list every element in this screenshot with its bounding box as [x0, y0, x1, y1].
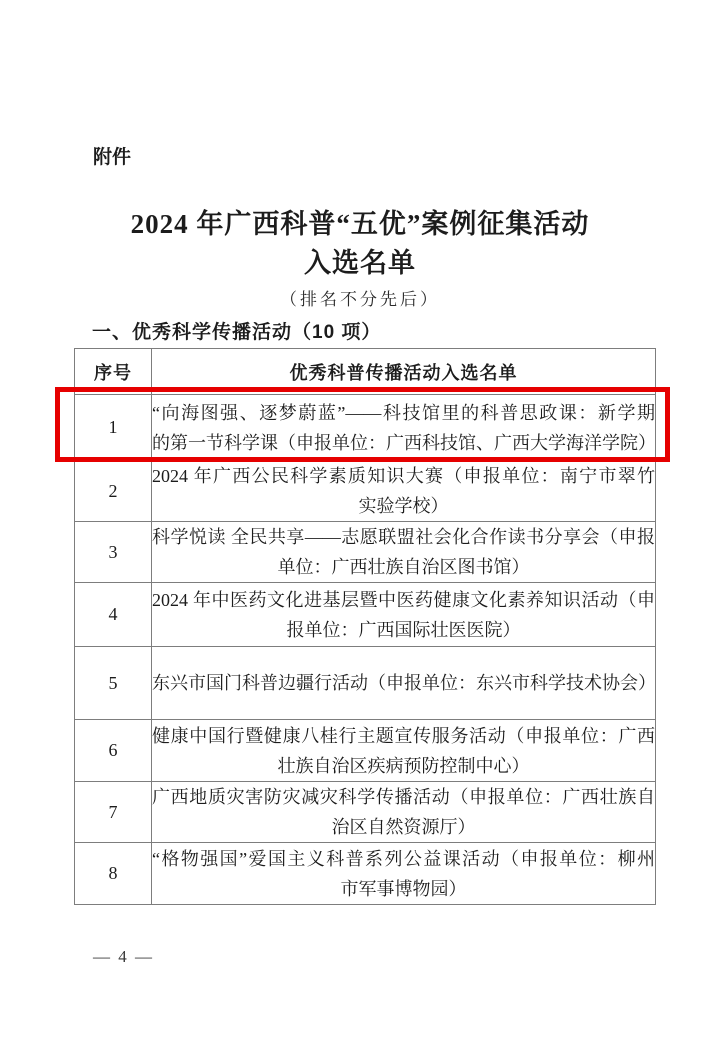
row-content-line: “向海图强、逐梦蔚蓝”——科技馆里的科普思政课：新学期 — [152, 398, 655, 428]
row-content-line: 广西地质灾害防灾减灾科学传播活动（申报单位：广西壮族自 — [152, 782, 655, 812]
row-content: 广西地质灾害防灾减灾科学传播活动（申报单位：广西壮族自治区自然资源厅） — [152, 782, 656, 843]
row-content-line: 2024 年中医药文化进基层暨中医药健康文化素养知识活动（申 — [152, 585, 655, 615]
row-content-line: 报单位：广西国际壮医医院） — [152, 615, 655, 645]
document-page: { "page": { "attachment_label": "附件", "t… — [0, 0, 720, 1040]
table-row: 22024 年广西公民科学素质知识大赛（申报单位：南宁市翠竹实验学校） — [75, 461, 656, 522]
section-heading: 一、优秀科学传播活动（10 项） — [92, 317, 381, 344]
table-row: 3科学悦读 全民共享——志愿联盟社会化合作读书分享会（申报单位：广西壮族自治区图… — [75, 522, 656, 583]
row-number: 1 — [75, 395, 152, 461]
table-row: 7广西地质灾害防灾减灾科学传播活动（申报单位：广西壮族自治区自然资源厅） — [75, 782, 656, 843]
row-content-line: 单位：广西壮族自治区图书馆） — [152, 552, 655, 582]
row-number: 7 — [75, 782, 152, 843]
row-number: 3 — [75, 522, 152, 583]
row-content: “向海图强、逐梦蔚蓝”——科技馆里的科普思政课：新学期的第一节科学课（申报单位：… — [152, 395, 656, 461]
attachment-label: 附件 — [93, 142, 131, 169]
table-row: 1“向海图强、逐梦蔚蓝”——科技馆里的科普思政课：新学期的第一节科学课（申报单位… — [75, 395, 656, 461]
table-row: 5东兴市国门科普边疆行活动（申报单位：东兴市科学技术协会） — [75, 647, 656, 720]
row-content-line: 2024 年广西公民科学素质知识大赛（申报单位：南宁市翠竹 — [152, 461, 655, 491]
table-row: 42024 年中医药文化进基层暨中医药健康文化素养知识活动（申报单位：广西国际壮… — [75, 583, 656, 647]
row-number: 5 — [75, 647, 152, 720]
doc-title-line1: 2024 年广西科普“五优”案例征集活动 — [0, 205, 720, 244]
row-content-line: 治区自然资源厅） — [152, 812, 655, 842]
row-number: 2 — [75, 461, 152, 522]
page-number: — 4 — — [93, 947, 154, 967]
row-content-line: 的第一节科学课（申报单位：广西科技馆、广西大学海洋学院） — [152, 428, 655, 458]
column-header-no: 序号 — [75, 349, 152, 395]
doc-title: 2024 年广西科普“五优”案例征集活动 入选名单 — [0, 205, 720, 283]
table-body: 1“向海图强、逐梦蔚蓝”——科技馆里的科普思政课：新学期的第一节科学课（申报单位… — [75, 395, 656, 905]
doc-subtitle: （排名不分先后） — [0, 285, 720, 310]
row-content-line: 壮族自治区疾病预防控制中心） — [152, 751, 655, 781]
table-row: 8“格物强国”爱国主义科普系列公益课活动（申报单位：柳州市军事博物园） — [75, 843, 656, 905]
row-number: 6 — [75, 720, 152, 782]
row-content: 科学悦读 全民共享——志愿联盟社会化合作读书分享会（申报单位：广西壮族自治区图书… — [152, 522, 656, 583]
table-row: 6健康中国行暨健康八桂行主题宣传服务活动（申报单位：广西壮族自治区疾病预防控制中… — [75, 720, 656, 782]
row-number: 8 — [75, 843, 152, 905]
row-content-line: 实验学校） — [152, 491, 655, 521]
row-content-line: “格物强国”爱国主义科普系列公益课活动（申报单位：柳州 — [152, 844, 655, 874]
row-content: 健康中国行暨健康八桂行主题宣传服务活动（申报单位：广西壮族自治区疾病预防控制中心… — [152, 720, 656, 782]
row-content: 2024 年广西公民科学素质知识大赛（申报单位：南宁市翠竹实验学校） — [152, 461, 656, 522]
row-number: 4 — [75, 583, 152, 647]
row-content: 2024 年中医药文化进基层暨中医药健康文化素养知识活动（申报单位：广西国际壮医… — [152, 583, 656, 647]
row-content-line: 市军事博物园） — [152, 874, 655, 904]
activity-table: 序号 优秀科普传播活动入选名单 1“向海图强、逐梦蔚蓝”——科技馆里的科普思政课… — [74, 348, 656, 905]
column-header-name: 优秀科普传播活动入选名单 — [152, 349, 656, 395]
row-content-line: 科学悦读 全民共享——志愿联盟社会化合作读书分享会（申报 — [152, 522, 655, 552]
doc-title-line2: 入选名单 — [0, 244, 720, 283]
table-header-row: 序号 优秀科普传播活动入选名单 — [75, 349, 656, 395]
row-content-line: 健康中国行暨健康八桂行主题宣传服务活动（申报单位：广西 — [152, 721, 655, 751]
row-content: 东兴市国门科普边疆行活动（申报单位：东兴市科学技术协会） — [152, 647, 656, 720]
row-content-line: 东兴市国门科普边疆行活动（申报单位：东兴市科学技术协会） — [152, 668, 655, 698]
row-content: “格物强国”爱国主义科普系列公益课活动（申报单位：柳州市军事博物园） — [152, 843, 656, 905]
